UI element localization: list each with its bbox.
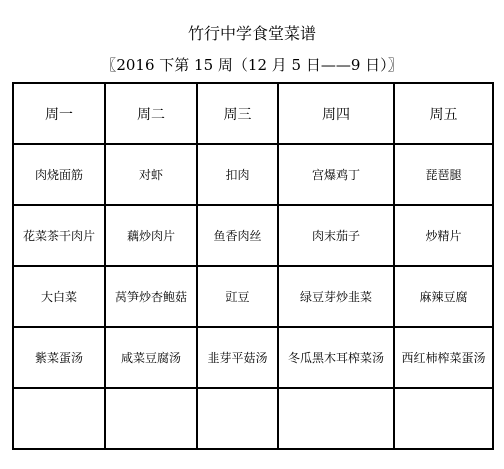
table-cell: 肉末茄子: [278, 205, 394, 266]
table-cell: 西红柿榨菜蛋汤: [394, 327, 493, 388]
table-cell: 炒精片: [394, 205, 493, 266]
table-row: 大白菜 莴笋炒杏鲍菇 豇豆 绿豆芽炒韭菜 麻辣豆腐: [13, 266, 493, 327]
table-cell: 大白菜: [13, 266, 105, 327]
header-tuesday: 周二: [105, 83, 197, 144]
table-cell: 宫爆鸡丁: [278, 144, 394, 205]
table-cell: 肉烧面筋: [13, 144, 105, 205]
table-header-row: 周一 周二 周三 周四 周五: [13, 83, 493, 144]
table-row: 紫菜蛋汤 咸菜豆腐汤 韭芽平菇汤 冬瓜黑木耳榨菜汤 西红柿榨菜蛋汤: [13, 327, 493, 388]
table-cell: [394, 388, 493, 449]
table-cell: 韭芽平菇汤: [197, 327, 278, 388]
table-cell: 冬瓜黑木耳榨菜汤: [278, 327, 394, 388]
table-cell: 咸菜豆腐汤: [105, 327, 197, 388]
table-cell: 豇豆: [197, 266, 278, 327]
table-row-empty: [13, 388, 493, 449]
table-cell: 绿豆芽炒韭菜: [278, 266, 394, 327]
table-row: 花菜茶干肉片 藕炒肉片 鱼香肉丝 肉末茄子 炒精片: [13, 205, 493, 266]
table-cell: 鱼香肉丝: [197, 205, 278, 266]
header-thursday: 周四: [278, 83, 394, 144]
menu-table: 周一 周二 周三 周四 周五 肉烧面筋 对虾 扣肉 宫爆鸡丁 琵琶腿 花菜茶干肉…: [12, 82, 494, 450]
week-subtitle: 〖2016 下第 15 周（12 月 5 日——9 日）〗: [0, 55, 504, 75]
page-title: 竹行中学食堂菜谱: [0, 24, 504, 44]
table-cell: 对虾: [105, 144, 197, 205]
table-cell: 扣肉: [197, 144, 278, 205]
table-cell: [13, 388, 105, 449]
header-monday: 周一: [13, 83, 105, 144]
table-cell: 紫菜蛋汤: [13, 327, 105, 388]
table-cell: [105, 388, 197, 449]
table-cell: 藕炒肉片: [105, 205, 197, 266]
table-row: 肉烧面筋 对虾 扣肉 宫爆鸡丁 琵琶腿: [13, 144, 493, 205]
table-cell: [197, 388, 278, 449]
table-cell: 琵琶腿: [394, 144, 493, 205]
table-cell: 麻辣豆腐: [394, 266, 493, 327]
table-cell: [278, 388, 394, 449]
table-cell: 莴笋炒杏鲍菇: [105, 266, 197, 327]
table-cell: 花菜茶干肉片: [13, 205, 105, 266]
header-wednesday: 周三: [197, 83, 278, 144]
header-friday: 周五: [394, 83, 493, 144]
